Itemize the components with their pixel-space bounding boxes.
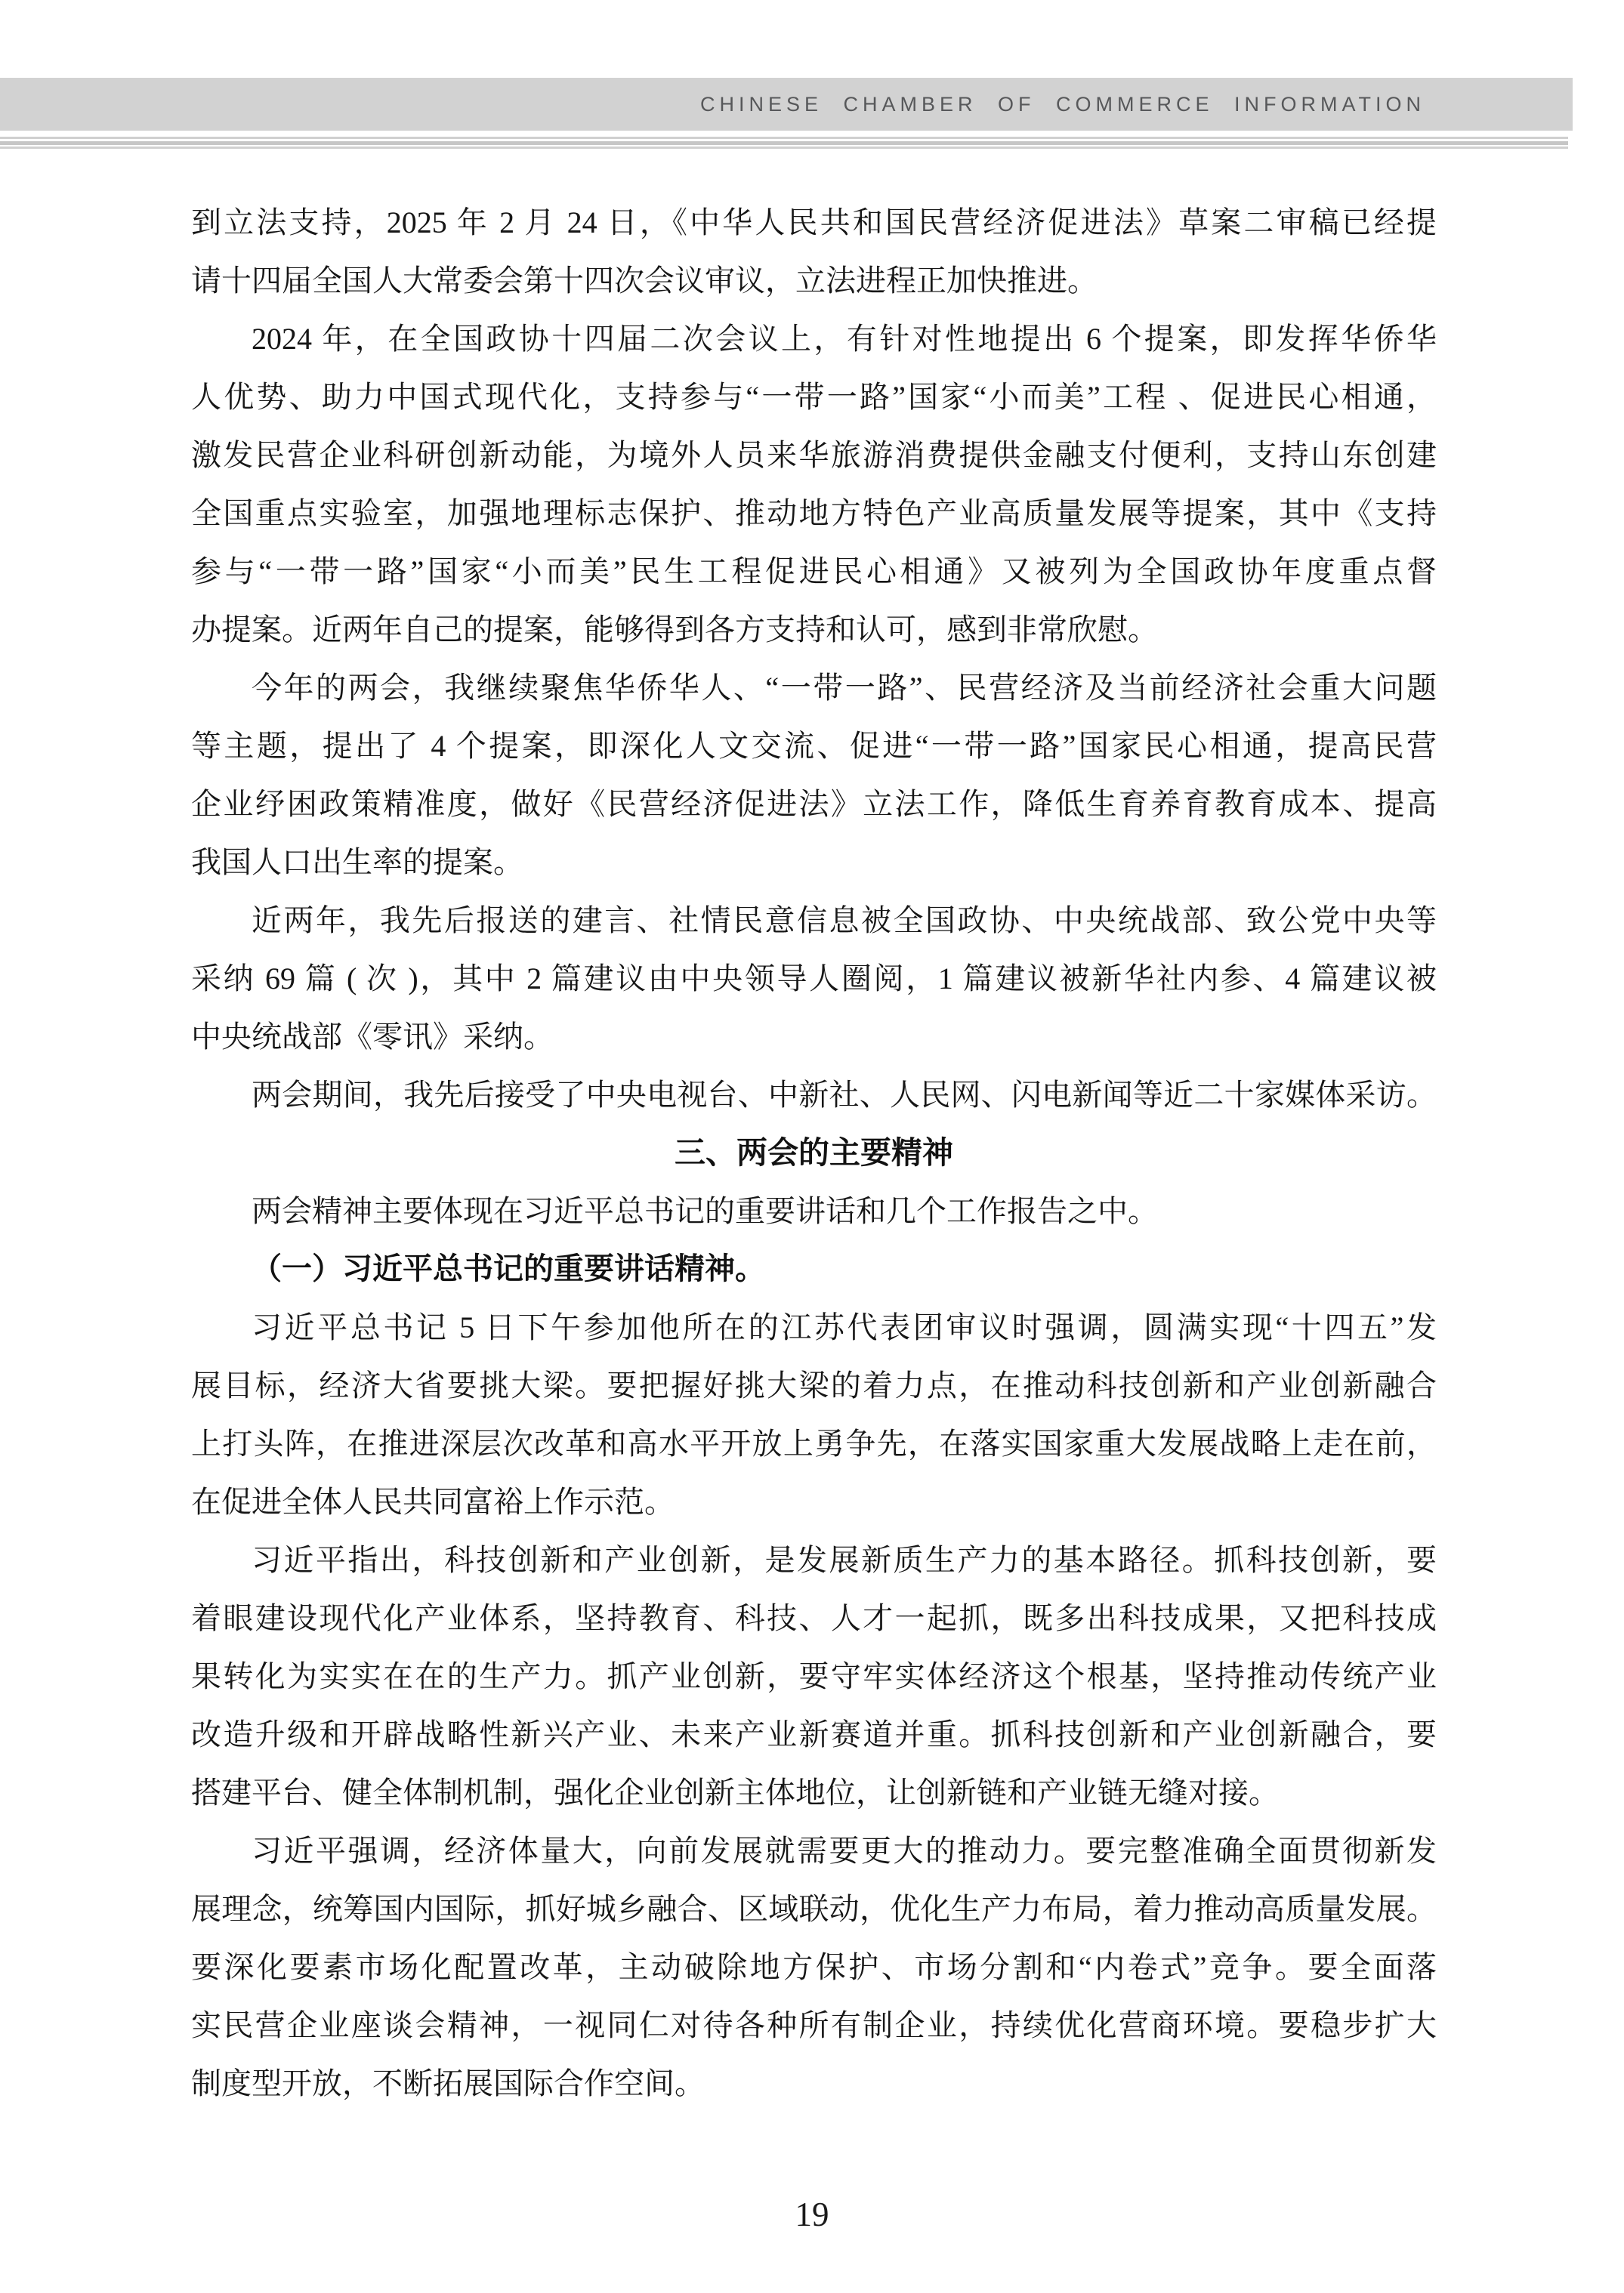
page-number: 19: [0, 2195, 1624, 2234]
text-line: 着眼建设现代化产业体系，坚持教育、科技、人才一起抓，既多出科技成果，又把科技成: [191, 1589, 1437, 1647]
text-line: 搭建平台、健全体制机制，强化企业创新主体地位，让创新链和产业链无缝对接。: [191, 1764, 1437, 1822]
text-line: 请十四届全国人大常委会第十四次会议审议，立法进程正加快推进。: [191, 252, 1437, 310]
text-line: 采纳 69 篇 ( 次 )，其中 2 篇建议由中央领导人圈阅，1 篇建议被新华社…: [191, 949, 1437, 1008]
text-line: 今年的两会，我继续聚焦华侨华人、“一带一路”、民营经济及当前经济社会重大问题: [191, 659, 1437, 717]
document-page: { "header": { "band_text": "CHINESE CHAM…: [0, 0, 1624, 2293]
text-line: 人优势、助力中国式现代化，支持参与“一带一路”国家“小而美”工程 、促进民心相通…: [191, 368, 1437, 426]
text-line: 实民营企业座谈会精神，一视同仁对待各种所有制企业，持续优化营商环境。要稳步扩大: [191, 1996, 1437, 2054]
text-line: 全国重点实验室，加强地理标志保护、推动地方特色产业高质量发展等提案，其中《支持: [191, 484, 1437, 542]
text-line: 展目标，经济大省要挑大梁。要把握好挑大梁的着力点，在推动科技创新和产业创新融合: [191, 1356, 1437, 1415]
text-line: 要深化要素市场化配置改革，主动破除地方保护、市场分割和“内卷式”竞争。要全面落: [191, 1938, 1437, 1996]
text-line: 两会期间，我先后接受了中央电视台、中新社、人民网、闪电新闻等近二十家媒体采访。: [191, 1066, 1437, 1124]
text-line: 习近平总书记 5 日下午参加他所在的江苏代表团审议时强调，圆满实现“十四五”发: [191, 1298, 1437, 1356]
text-line: 等主题，提出了 4 个提案，即深化人文交流、促进“一带一路”国家民心相通，提高民…: [191, 717, 1437, 775]
text-line: 激发民营企业科研创新动能，为境外人员来华旅游消费提供金融支付便利，支持山东创建: [191, 426, 1437, 484]
text-line: 习近平指出，科技创新和产业创新，是发展新质生产力的基本路径。抓科技创新，要: [191, 1531, 1437, 1589]
text-line: 到立法支持，2025 年 2 月 24 日，《中华人民共和国民营经济促进法》草案…: [191, 193, 1437, 252]
text-line: 我国人口出生率的提案。: [191, 833, 1437, 891]
text-line: 制度型开放，不断拓展国际合作空间。: [191, 2054, 1437, 2112]
header-band: CHINESE CHAMBER OF COMMERCE INFORMATION: [0, 78, 1573, 131]
text-line: 中央统战部《零讯》采纳。: [191, 1008, 1437, 1066]
text-line: 两会精神主要体现在习近平总书记的重要讲话和几个工作报告之中。: [191, 1182, 1437, 1240]
subsection-heading: （一）习近平总书记的重要讲话精神。: [191, 1240, 1437, 1298]
text-line: 展理念，统筹国内国际，抓好城乡融合、区域联动，优化生产力布局，着力推动高质量发展…: [191, 1880, 1437, 1938]
text-line: 改造升级和开辟战略性新兴产业、未来产业新赛道并重。抓科技创新和产业创新融合，要: [191, 1705, 1437, 1764]
header-divider-stripe: [0, 137, 1568, 139]
header-divider-stripe: [0, 147, 1568, 149]
text-line: 办提案。近两年自己的提案，能够得到各方支持和认可，感到非常欣慰。: [191, 600, 1437, 659]
text-line: 上打头阵，在推进深层次改革和高水平开放上勇争先，在落实国家重大发展战略上走在前，: [191, 1415, 1437, 1473]
header-band-title: CHINESE CHAMBER OF COMMERCE INFORMATION: [700, 78, 1425, 131]
body-text-column: 到立法支持，2025 年 2 月 24 日，《中华人民共和国民营经济促进法》草案…: [191, 193, 1437, 2112]
header-divider-stripe: [0, 141, 1568, 145]
text-line: 果转化为实实在在的生产力。抓产业创新，要守牢实体经济这个根基，坚持推动传统产业: [191, 1647, 1437, 1705]
text-line: 2024 年，在全国政协十四届二次会议上，有针对性地提出 6 个提案，即发挥华侨…: [191, 310, 1437, 368]
text-line: 企业纾困政策精准度，做好《民营经济促进法》立法工作，降低生育养育教育成本、提高: [191, 775, 1437, 833]
text-line: 近两年，我先后报送的建言、社情民意信息被全国政协、中央统战部、致公党中央等: [191, 891, 1437, 949]
text-line: 习近平强调，经济体量大，向前发展就需要更大的推动力。要完整准确全面贯彻新发: [191, 1822, 1437, 1880]
section-heading: 三、两会的主要精神: [191, 1124, 1437, 1182]
text-line: 在促进全体人民共同富裕上作示范。: [191, 1473, 1437, 1531]
text-line: 参与“一带一路”国家“小而美”民生工程促进民心相通》又被列为全国政协年度重点督: [191, 542, 1437, 600]
